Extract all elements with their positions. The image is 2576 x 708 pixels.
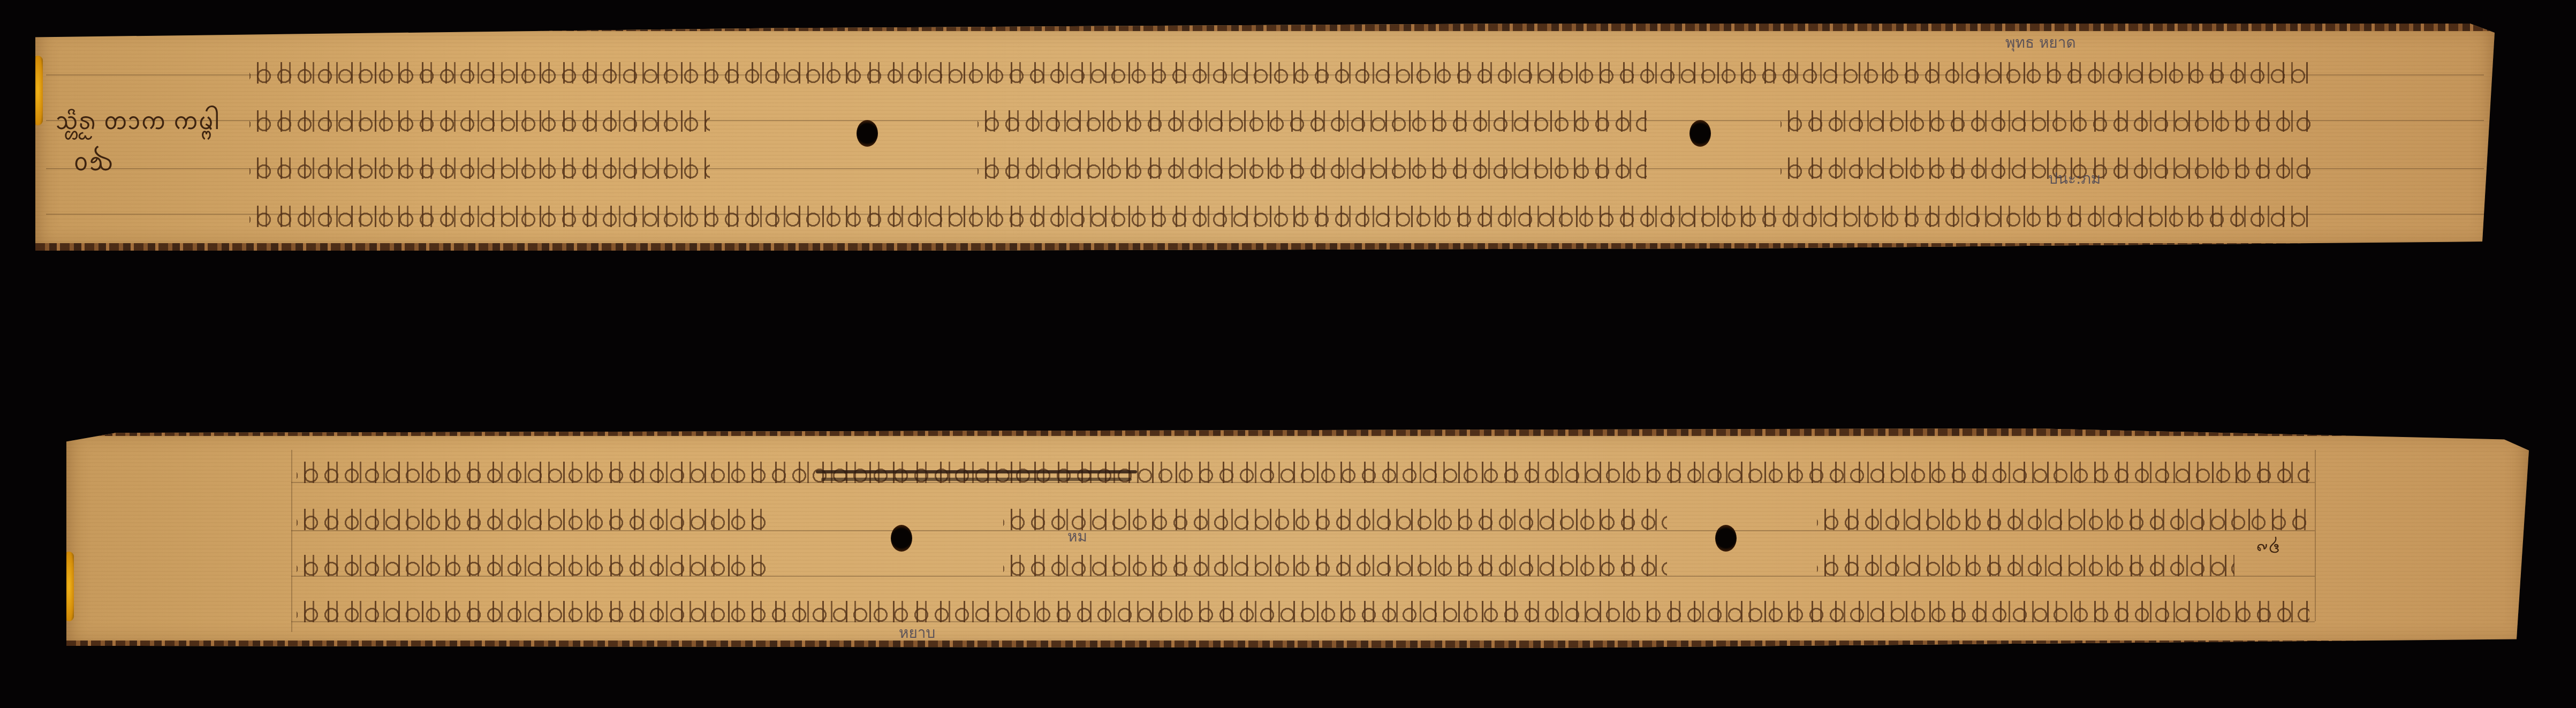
- strikethrough-mark: [821, 478, 1132, 481]
- manuscript-line-3a: [297, 543, 768, 586]
- manuscript-line-2b: [978, 99, 1647, 141]
- manuscript-line-3a: [249, 146, 710, 189]
- palm-leaf-bottom: ᪑᪕ หม หยาบ: [66, 428, 2529, 648]
- margin-rule-right: [2315, 450, 2316, 621]
- binding-hole-left: [891, 525, 912, 552]
- palm-leaf-top: ᩈᩦ᩠ᩉᩬᩁ ᨲᩣᨠ ᨠᨾ᩠ᨻᩤ ᪐᪓ พุทธ หยาด ปนะ:ภม: [35, 24, 2495, 251]
- leaf-title-label: ᩈᩦ᩠ᩉᩬᩁ ᨲᩣᨠ ᨠᨾ᩠ᨻᩤ: [56, 104, 219, 141]
- manuscript-line-3b: [978, 146, 1647, 189]
- manuscript-line-2b: [1003, 497, 1667, 540]
- binding-hole-left: [857, 120, 878, 147]
- gilt-edge-left: [64, 552, 74, 621]
- binding-hole-right: [1715, 525, 1737, 552]
- manuscript-line-4: [297, 589, 2309, 632]
- right-margin-mark: ᪑᪕: [2256, 536, 2280, 561]
- manuscript-line-2c: [1817, 497, 2309, 540]
- leaf-page-number: ᪐᪓: [73, 144, 114, 183]
- manuscript-line-3c: [1781, 146, 2310, 189]
- manuscript-line-3c: [1817, 543, 2234, 586]
- margin-rule-left: [291, 450, 292, 632]
- manuscript-line-4: [249, 194, 2310, 237]
- strikethrough-mark: [816, 470, 1137, 473]
- manuscript-line-2a: [249, 99, 710, 141]
- manuscript-line-2c: [1781, 99, 2310, 141]
- binding-hole-right: [1689, 120, 1711, 147]
- pencil-annotation: หม: [1067, 525, 1087, 548]
- manuscript-line-1: [297, 450, 2309, 493]
- manuscript-line-3b: [1003, 543, 1667, 586]
- pencil-annotation: พุทธ หยาด: [2005, 31, 2076, 55]
- manuscript-line-2a: [297, 497, 768, 540]
- pencil-annotation: ปนะ:ภม: [2048, 167, 2101, 191]
- gilt-edge-left: [33, 56, 43, 125]
- manuscript-line-1: [249, 50, 2310, 93]
- image-description: Photograph of two palm-leaf manuscript l…: [0, 0, 1, 1]
- pencil-annotation: หยาบ: [899, 621, 935, 645]
